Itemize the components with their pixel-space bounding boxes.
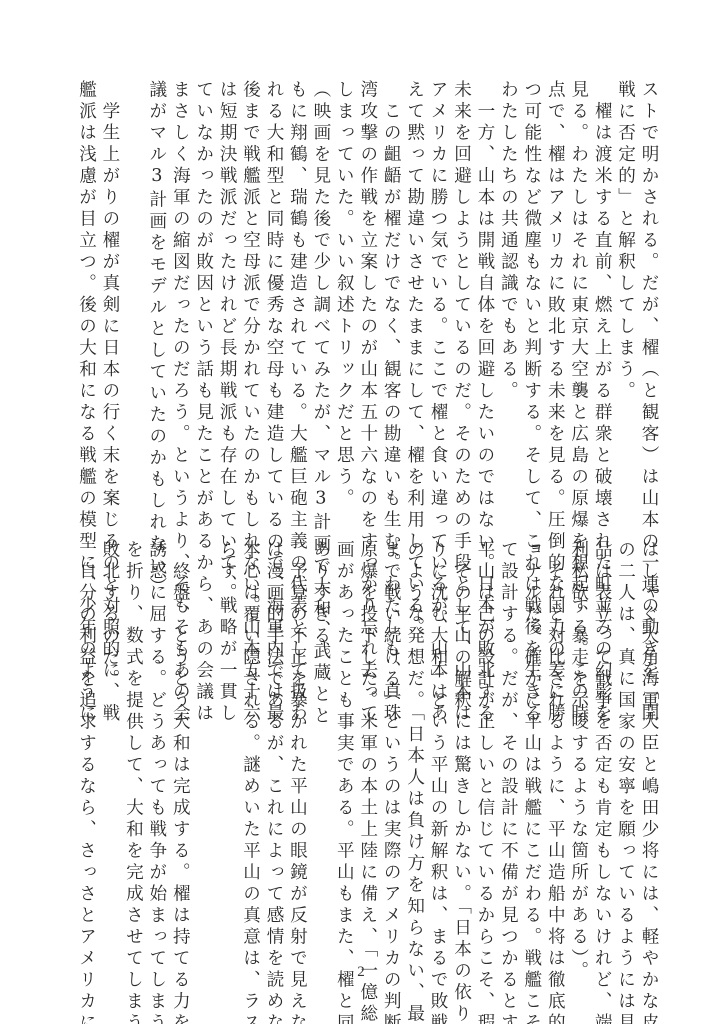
- text-column: はしゃぐ大角海軍大臣と嶋田少将には、軽やかな皮肉を感じる。こ: [637, 540, 660, 956]
- text-column: 原爆を投下した。米軍の本土上陸に備え、「一億総玉砕」という計: [355, 540, 378, 956]
- text-column: 未来を回避しようとしているのだ。そのための手段として、山本は: [449, 80, 472, 496]
- text-column: つ可能性など微塵もないと判断する。そして、これは戦後を生きる: [519, 80, 542, 496]
- text-column: もに翔鶴、瑞鶴も建造されている。大艦巨砲主義の代表として扱わ: [285, 80, 308, 496]
- text-column: 終盤、とうとう大和は完成する。櫂は持てる力を試したいという: [168, 540, 191, 956]
- text-column: のような発想だ。「日本人は負け方を知らない、最後の一人になる: [402, 540, 425, 956]
- text-column: 一方、山本は開戦自体を回避したいのではない。日本が敗北する: [473, 80, 496, 496]
- text-column: らす。: [215, 540, 238, 956]
- text-column: しまっていた。いい叙述トリックだと思う。: [332, 80, 355, 496]
- text-column: ありすぎる。: [308, 540, 331, 956]
- text-column: ストで明かされる。だが、櫂（と観客）は山本の一連の動きを「開: [637, 80, 660, 496]
- text-column: 櫂は渡米する直前、燃え上がる群衆と破壊された町並みの幻影を: [590, 80, 613, 496]
- text-column: （映画を見た後で少し調べてみたが、マル3計画で大和、武蔵とと: [308, 80, 331, 496]
- upper-text-block: ストで明かされる。だが、櫂（と観客）は山本の一連の動きを「開 戦に否定的」と解釈…: [74, 80, 660, 496]
- text-column: 誘惑に屈する。どうあっても戦争が始まってしまうという現実に膝: [144, 540, 167, 956]
- text-column: ョナルだ。確かに平山は戦艦にこだわる。戦艦こそが正しいと信じ: [519, 540, 542, 956]
- text-column: 見る。わたしはそれに東京大空襲と広島の原爆を想起する。この時: [566, 80, 589, 496]
- text-column: 品は表立って戦争を否定も肯定もしないけれど、端々に、軍部の私: [590, 540, 613, 956]
- text-column: 本心は覆い隠される。謎めいた平山の真意は、ラストで驚愕をもた: [238, 540, 261, 956]
- text-column: まで戦い続ける」というのは実際のアメリカの判断で、それゆえに: [379, 540, 402, 956]
- text-column: 予算の不正を暴かれた平山の眼鏡が反射で見えなくなるというの: [285, 540, 308, 956]
- text-column: ていなかったのが敗因という話も見たことがあるから、あの会議は: [191, 80, 214, 496]
- text-column: 自分の利益を追求するなら、さっさとアメリカに渡るべきだった。: [74, 540, 97, 956]
- text-column: 湾攻撃の作戦を立案したのが山本五十六なのをすっかり忘れ去って: [355, 80, 378, 496]
- text-column: りに沈む大和」という平山の新解釈は、まるで敗戦を先取りしたか: [426, 540, 449, 956]
- document-page: ストで明かされる。だが、櫂（と観客）は山本の一連の動きを「開 戦に否定的」と解釈…: [0, 0, 722, 1024]
- text-column: 利私欲、暴走を示唆するような箇所がある）。: [566, 540, 589, 956]
- page-number: 2: [0, 964, 722, 981]
- text-column: まさしく海軍の縮図だったのだろう。というより、そもそもあの会: [168, 80, 191, 496]
- text-column: れる大和型と同時に優秀な空母も建造しているので、海軍内では最: [262, 80, 285, 496]
- text-column: 敗北するのだ。: [98, 540, 121, 956]
- text-column: て設計する。だが、その設計に不備が見つかるとすぐに撤回する。: [496, 540, 519, 956]
- blank-column: [121, 80, 144, 496]
- blank-column: [191, 540, 214, 956]
- text-column: わたしたちの共通認識でもある。: [496, 80, 519, 496]
- text-column: は短期決戦派だったけれど長期戦派も存在していて、戦略が一貫し: [215, 80, 238, 496]
- text-column: の二人は、真に国家の安寧を願っているようには見えない（この作: [613, 540, 636, 956]
- text-column: えて黙って勘違いさせたままにして、櫂を利用している。: [402, 80, 425, 496]
- lower-text-block: はしゃぐ大角海軍大臣と嶋田少将には、軽やかな皮肉を感じる。こ の二人は、真に国家…: [74, 540, 660, 956]
- text-column: 艦派は浅慮が目立つ。後の大和になる戦艦の模型に、少年のように: [74, 80, 97, 496]
- text-column: それと対比されるように、平山造船中将は徹底的にプロフェッシ: [543, 540, 566, 956]
- text-column: 戦に否定的」と解釈してしまう。: [613, 80, 636, 496]
- text-column: アメリカに勝つ気でいる。ここで櫂と食い違っているが、山本はあ: [426, 80, 449, 496]
- text-column: 平山は己の設計が正しいと信じているからこそ、瑕疵を許さない。: [473, 540, 496, 956]
- text-column: 学生上がりの櫂が真剣に日本の行く末を案じるのと対照的に、戦: [98, 80, 121, 496]
- text-column: この齟齬が櫂だけでなく、観客の勘違いも生む。わたしも、真珠: [379, 80, 402, 496]
- text-column: その平山の解釈には驚きしかない。「日本の依り代、日本の代わ: [449, 540, 472, 956]
- text-column: 画があったことも事実である。平山もまた、櫂と同じく先見の明が: [332, 540, 355, 956]
- text-column: を折り、数式を提供して、大和を完成させてしまう。彼は己自身に: [121, 540, 144, 956]
- text-column: 後まで戦艦派と空母派で分かれていたのかもしれない。山本五十六: [238, 80, 261, 496]
- text-column: 議がマル3計画をモデルとしていたのかもしれない）: [144, 80, 167, 496]
- text-column: は漫画的手法であるが、これによって感情を読めなくなり、平山の: [262, 540, 285, 956]
- text-column: 点で、櫂はアメリカに敗北する未来を見る。圧倒的な国力の差に勝: [543, 80, 566, 496]
